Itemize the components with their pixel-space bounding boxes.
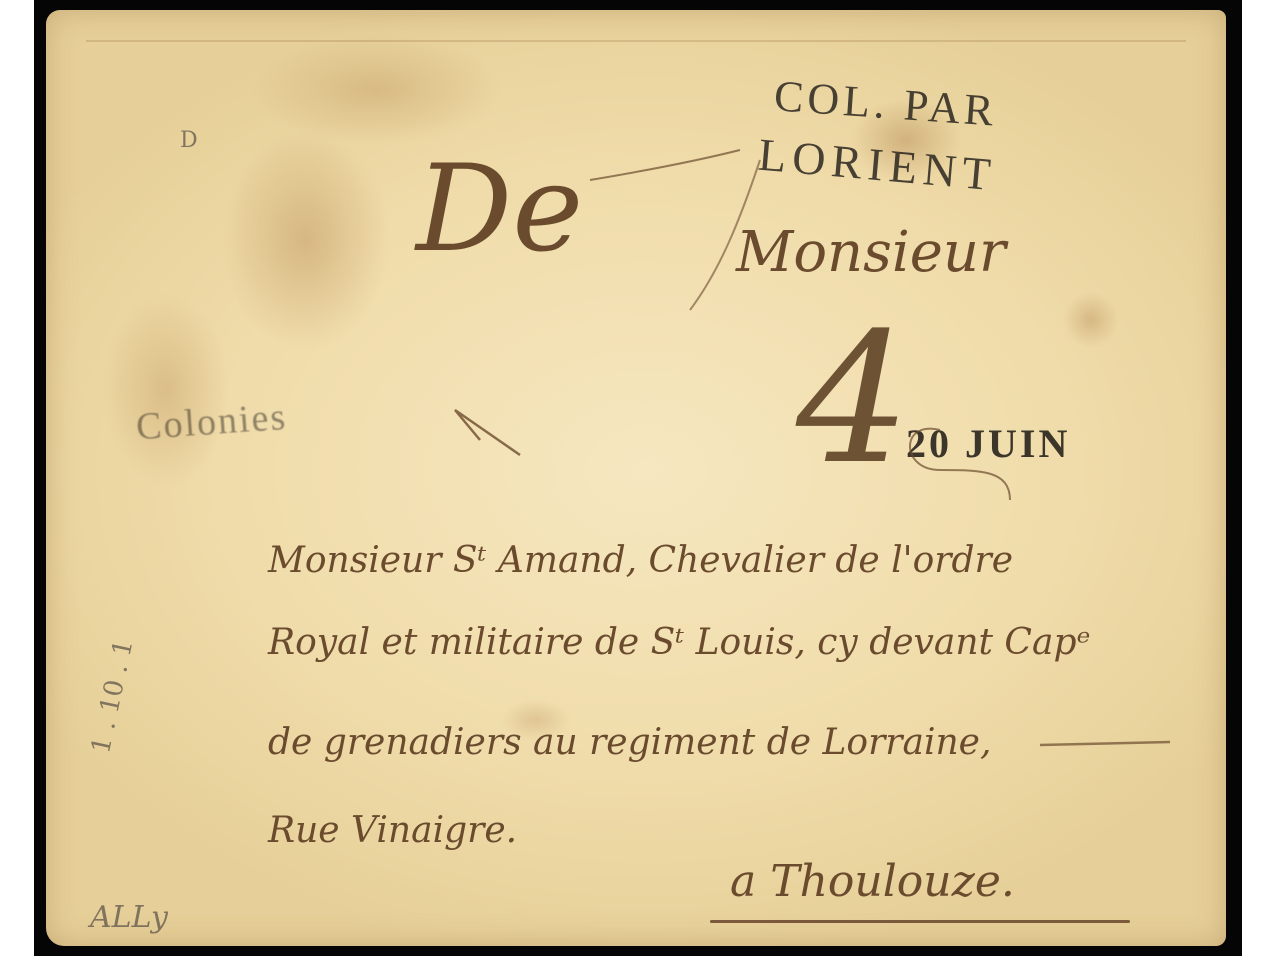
postmark-lorient: LORIENT <box>756 128 998 202</box>
photo-stage: D COL. PAR LORIENT De Monsieur Colonies … <box>0 0 1276 956</box>
top-left-mark: D <box>180 128 198 153</box>
address-line-2: Royal et militaire de Sᵗ Louis, cy devan… <box>268 622 1090 663</box>
salutation-word: Monsieur <box>736 220 1006 285</box>
postmark-col-par: COL. PAR <box>772 70 999 136</box>
address-line-1: Monsieur Sᵗ Amand, Chevalier de l'ordre <box>268 540 1013 581</box>
salutation-initial: De <box>416 150 583 270</box>
bottom-left-pencil: ALLy <box>90 900 168 935</box>
fold-line-top <box>86 40 1186 42</box>
postmark-date-strike: 20 JUIN <box>906 420 1070 467</box>
rate-marking: 4 <box>796 310 911 490</box>
postal-cover: D COL. PAR LORIENT De Monsieur Colonies … <box>46 10 1226 946</box>
postmark-left-strike: Colonies <box>135 395 289 449</box>
address-destination: a Thoulouze. <box>730 856 1015 907</box>
address-line-3: de grenadiers au regiment de Lorraine, <box>268 722 991 763</box>
destination-underline <box>710 920 1130 923</box>
left-margin-pencil: 1 . 10 . 1 <box>86 637 139 756</box>
address-line-4: Rue Vinaigre. <box>268 810 517 851</box>
